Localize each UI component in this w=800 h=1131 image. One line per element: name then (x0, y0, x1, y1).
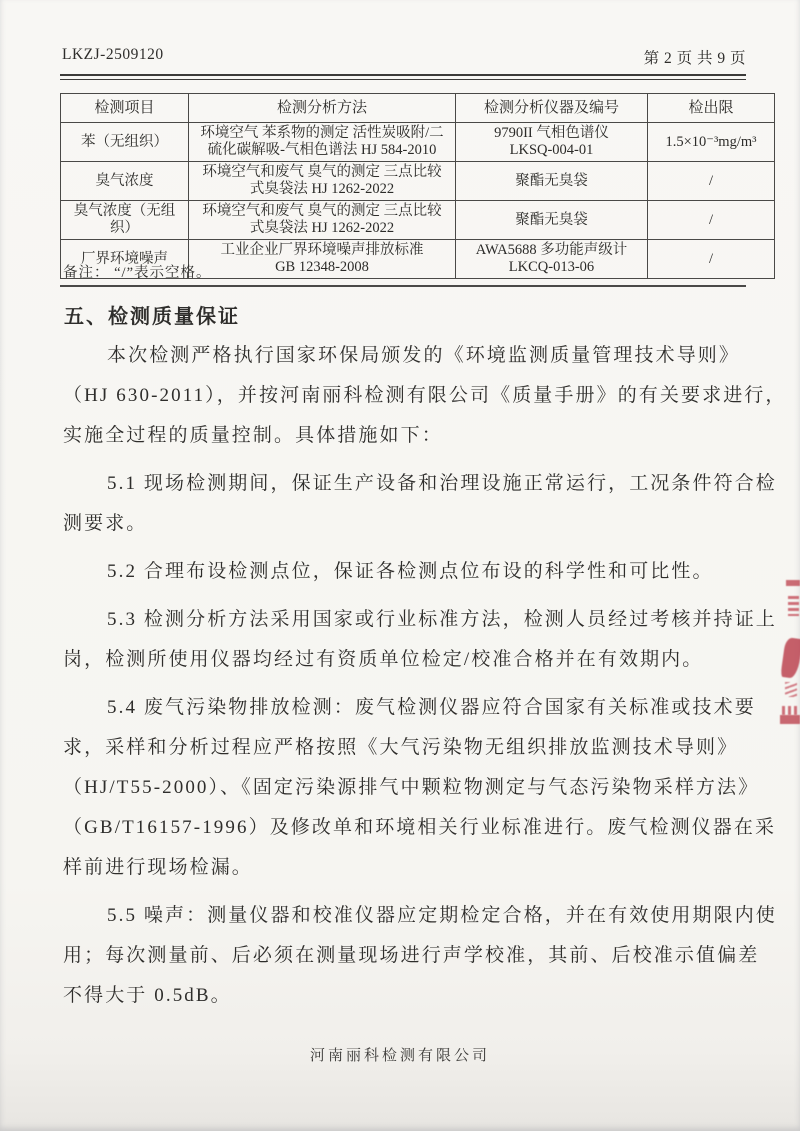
cell-item: 臭气浓度 (61, 162, 189, 201)
col-header-limit: 检出限 (648, 94, 775, 123)
red-stamp-fragment (786, 580, 800, 586)
cell-limit: / (648, 201, 775, 240)
doc-number: LKZJ-2509120 (62, 46, 164, 68)
cell-instrument: 9790II 气相色谱仪 LKSQ-004-01 (456, 123, 648, 162)
body-line: 5.2 合理布设检测点位，保证各检测点位布设的科学性和可比性。 (63, 552, 747, 592)
cell-instrument: 聚酯无臭袋 (456, 201, 648, 240)
table-note: 备注： “/”表示空格。 (63, 261, 212, 282)
scanned-report-page: LKZJ-2509120 第 2 页 共 9 页 检测项目 检测分析方法 检测分… (0, 0, 800, 1131)
red-stamp-fragment (780, 637, 800, 679)
cell-item: 臭气浓度（无组织） (61, 201, 189, 240)
body-line: 用；每次测量前、后必须在测量现场进行声学校准，其前、后校准示值偏差 (63, 936, 747, 976)
method-line: 工业企业厂界环境噪声排放标准 (192, 242, 452, 259)
body-line: 不得大于 0.5dB。 (63, 976, 747, 1016)
table-row: 臭气浓度（无组织） 环境空气和废气 臭气的测定 三点比较 式臭袋法 HJ 126… (61, 201, 775, 240)
red-stamp-fragment (780, 715, 800, 724)
red-stamp-fragment (785, 682, 797, 697)
method-line: 环境空气和废气 臭气的测定 三点比较 (192, 164, 452, 181)
cell-method: 环境空气和废气 臭气的测定 三点比较 式臭袋法 HJ 1262-2022 (189, 201, 456, 240)
section-body: 本次检测严格执行国家环保局颁发的《环境监测质量管理技术导则》 （HJ 630-2… (63, 336, 747, 1016)
section-divider-rule (60, 285, 746, 287)
body-line: 5.3 检测分析方法采用国家或行业标准方法，检测人员经过考核并持证上 (63, 600, 747, 640)
body-line: 测要求。 (63, 504, 747, 544)
instrument-line: 9790II 气相色谱仪 (459, 125, 644, 142)
cell-method: 工业企业厂界环境噪声排放标准 GB 12348-2008 (189, 240, 456, 279)
body-line: 求，采样和分析过程应严格按照《大气污染物无组织排放监测技术导则》 (63, 728, 747, 768)
col-header-item: 检测项目 (61, 94, 189, 123)
body-line: 岗，检测所使用仪器均经过有资质单位检定/校准合格并在有效期内。 (63, 640, 747, 680)
body-line: （GB/T16157-1996）及修改单和环境相关行业标准进行。废气检测仪器在采 (63, 808, 747, 848)
body-line: 样前进行现场检漏。 (63, 848, 747, 888)
method-line: 环境空气 苯系物的测定 活性炭吸附/二 (192, 125, 452, 142)
red-stamp-fragment (788, 596, 799, 616)
page-header: LKZJ-2509120 第 2 页 共 9 页 (62, 46, 746, 68)
section-title: 五、检测质量保证 (64, 300, 240, 329)
page-number-indicator: 第 2 页 共 9 页 (644, 46, 746, 68)
instrument-line: LKSQ-004-01 (459, 142, 644, 159)
body-line: 5.4 废气污染物排放检测：废气检测仪器应符合国家有关标准或技术要 (63, 688, 747, 728)
col-header-method: 检测分析方法 (189, 94, 456, 123)
table-row: 臭气浓度 环境空气和废气 臭气的测定 三点比较 式臭袋法 HJ 1262-202… (61, 162, 775, 201)
method-line: GB 12348-2008 (192, 259, 452, 276)
table-header-row: 检测项目 检测分析方法 检测分析仪器及编号 检出限 (61, 94, 775, 123)
cell-method: 环境空气 苯系物的测定 活性炭吸附/二 硫化碳解吸-气相色谱法 HJ 584-2… (189, 123, 456, 162)
body-line: 5.5 噪声：测量仪器和校准仪器应定期检定合格，并在有效使用期限内使 (63, 896, 747, 936)
cell-limit: / (648, 240, 775, 279)
body-line: （HJ/T55-2000）、《固定污染源排气中颗粒物测定与气态污染物采样方法》 (63, 768, 747, 808)
method-line: 式臭袋法 HJ 1262-2022 (192, 220, 452, 237)
instrument-line: LKCQ-013-06 (459, 259, 644, 276)
body-line: （HJ 630-2011），并按河南丽科检测有限公司《质量手册》的有关要求进行， (63, 376, 747, 416)
method-line: 环境空气和废气 臭气的测定 三点比较 (192, 203, 452, 220)
cell-instrument: 聚酯无臭袋 (456, 162, 648, 201)
header-double-rule (60, 74, 746, 80)
red-stamp-fragment (782, 706, 797, 715)
method-line: 硫化碳解吸-气相色谱法 HJ 584-2010 (192, 142, 452, 159)
table-row: 苯（无组织） 环境空气 苯系物的测定 活性炭吸附/二 硫化碳解吸-气相色谱法 H… (61, 123, 775, 162)
instrument-line: AWA5688 多功能声级计 (459, 242, 644, 259)
body-line: 5.1 现场检测期间，保证生产设备和治理设施正常运行，工况条件符合检 (63, 464, 747, 504)
body-line: 本次检测严格执行国家环保局颁发的《环境监测质量管理技术导则》 (63, 336, 747, 376)
cell-instrument: AWA5688 多功能声级计 LKCQ-013-06 (456, 240, 648, 279)
cell-limit: 1.5×10⁻³mg/m³ (648, 123, 775, 162)
body-line: 实施全过程的质量控制。具体措施如下： (63, 416, 747, 456)
cell-limit: / (648, 162, 775, 201)
cell-item: 苯（无组织） (61, 123, 189, 162)
method-line: 式臭袋法 HJ 1262-2022 (192, 181, 452, 198)
method-instrument-table: 检测项目 检测分析方法 检测分析仪器及编号 检出限 苯（无组织） 环境空气 苯系… (60, 93, 775, 279)
footer-company-name: 河南丽科检测有限公司 (0, 1044, 800, 1065)
col-header-instrument: 检测分析仪器及编号 (456, 94, 648, 123)
cell-method: 环境空气和废气 臭气的测定 三点比较 式臭袋法 HJ 1262-2022 (189, 162, 456, 201)
